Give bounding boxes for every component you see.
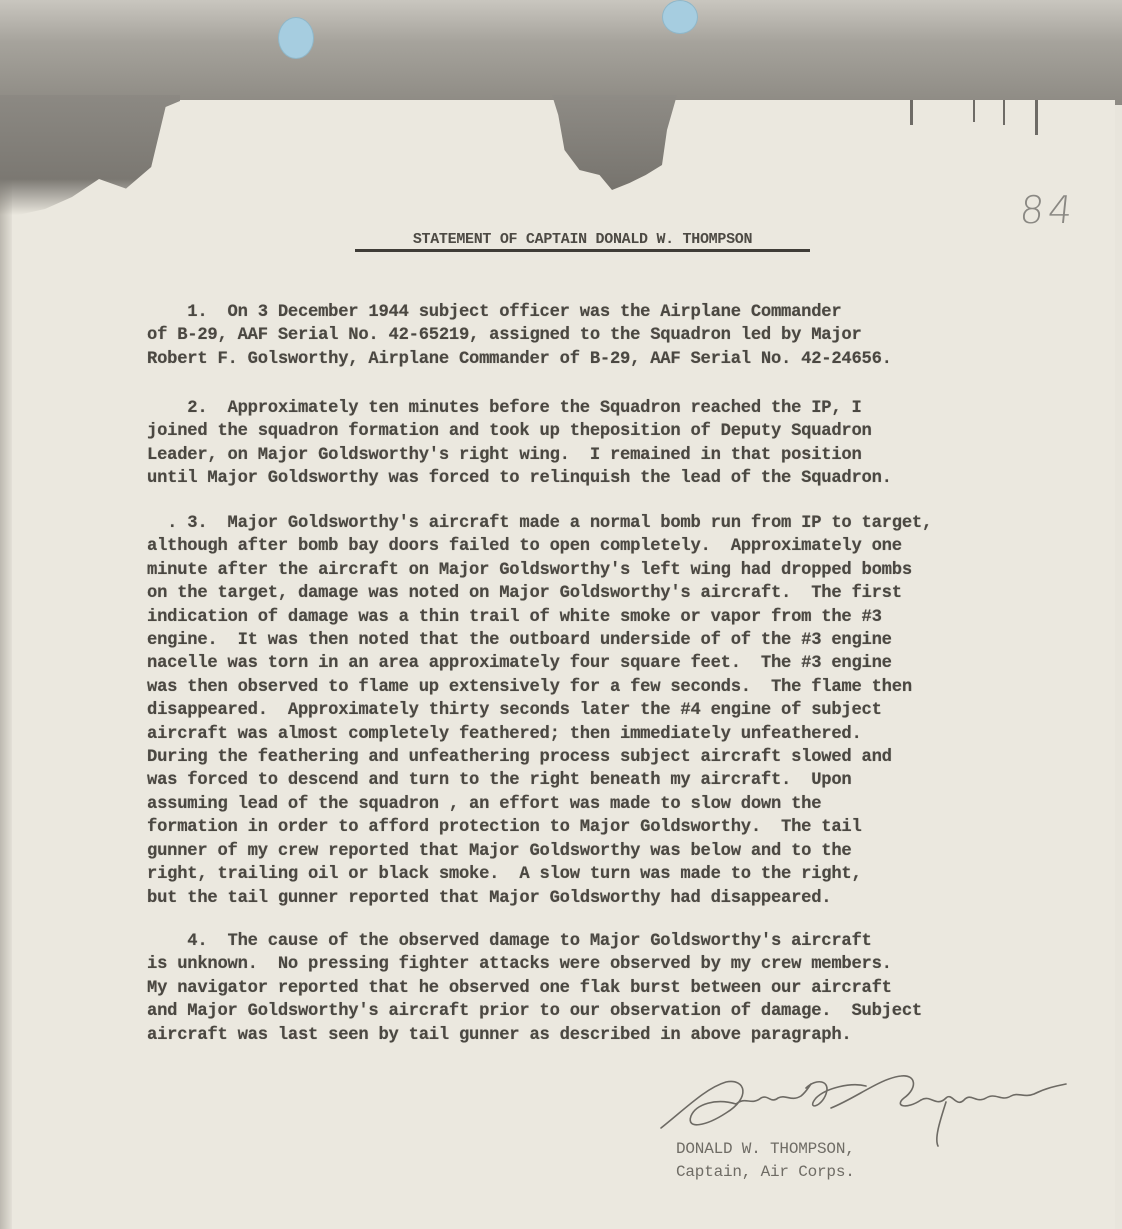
paragraph-line: but the tail gunner reported that Major …: [147, 887, 1027, 910]
document-title: STATEMENT OF CAPTAIN DONALD W. THOMPSON: [355, 231, 810, 252]
paragraph-line: 2. Approximately ten minutes before the …: [147, 397, 1027, 420]
paper-edge-shadow: [0, 100, 12, 1229]
stain-drip: [973, 100, 975, 122]
paragraph-line: aircraft was almost completely feathered…: [147, 723, 1027, 746]
typed-signature-name: DONALD W. THOMPSON,: [676, 1140, 855, 1158]
paragraph-line: Robert F. Golsworthy, Airplane Commander…: [147, 348, 1027, 371]
paragraph-line: was then observed to flame up extensivel…: [147, 676, 1027, 699]
paragraph-line: nacelle was torn in an area approximatel…: [147, 652, 1027, 675]
paragraph-line: formation in order to afford protection …: [147, 816, 1027, 839]
paragraph-line: Leader, on Major Goldsworthy's right win…: [147, 444, 1027, 467]
paragraph-line: right, trailing oil or black smoke. A sl…: [147, 863, 1027, 886]
paragraph-line: was forced to descend and turn to the ri…: [147, 769, 1027, 792]
paragraph-line: until Major Goldsworthy was forced to re…: [147, 467, 1027, 490]
paragraph-4: 4. The cause of the observed damage to M…: [147, 930, 1027, 1047]
paragraph-line: disappeared. Approximately thirty second…: [147, 699, 1027, 722]
paragraph-2: 2. Approximately ten minutes before the …: [147, 397, 1027, 491]
paragraph-line: although after bomb bay doors failed to …: [147, 535, 1027, 558]
paragraph-line: of B-29, AAF Serial No. 42-65219, assign…: [147, 324, 1027, 347]
signature-rank: Captain, Air Corps.: [676, 1163, 855, 1181]
paragraph-line: minute after the aircraft on Major Golds…: [147, 559, 1027, 582]
handwritten-page-number: 84: [1018, 188, 1079, 232]
paragraph-line: My navigator reported that he observed o…: [147, 977, 1027, 1000]
paragraph-line: assuming lead of the squadron , an effor…: [147, 793, 1027, 816]
paragraph-line: . 3. Major Goldsworthy's aircraft made a…: [147, 512, 1027, 535]
stain-drip: [910, 100, 913, 125]
paragraph-line: gunner of my crew reported that Major Go…: [147, 840, 1027, 863]
paragraph-line: indication of damage was a thin trail of…: [147, 606, 1027, 629]
stain-drip: [1003, 100, 1005, 125]
paragraph-line: aircraft was last seen by tail gunner as…: [147, 1024, 1027, 1047]
paragraph-1: 1. On 3 December 1944 subject officer wa…: [147, 301, 1027, 371]
punch-hole-left: [278, 17, 314, 59]
paragraph-3: . 3. Major Goldsworthy's aircraft made a…: [147, 512, 1027, 910]
punch-hole-right: [662, 0, 698, 34]
handwritten-signature: [656, 1068, 1076, 1148]
paragraph-line: During the feathering and unfeathering p…: [147, 746, 1027, 769]
paragraph-line: on the target, damage was noted on Major…: [147, 582, 1027, 605]
paragraph-line: engine. It was then noted that the outbo…: [147, 629, 1027, 652]
paragraph-line: is unknown. No pressing fighter attacks …: [147, 953, 1027, 976]
paragraph-line: joined the squadron formation and took u…: [147, 420, 1027, 443]
paragraph-line: 4. The cause of the observed damage to M…: [147, 930, 1027, 953]
paragraph-line: 1. On 3 December 1944 subject officer wa…: [147, 301, 1027, 324]
signature-block: DONALD W. THOMPSON, Captain, Air Corps.: [656, 1068, 1086, 1198]
paragraph-line: and Major Goldsworthy's aircraft prior t…: [147, 1000, 1027, 1023]
stain-drip: [1035, 100, 1038, 135]
dark-scan-border: [0, 0, 1122, 105]
